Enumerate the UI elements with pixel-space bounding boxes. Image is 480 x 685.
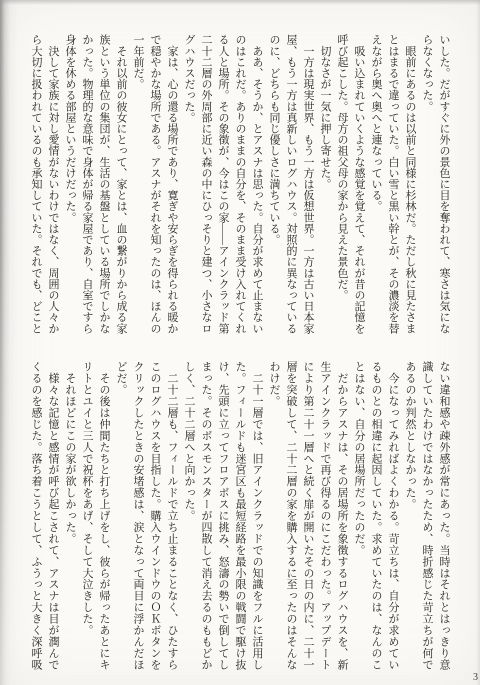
text-line: 呼び起こした。母方の祖父母の家から見えた景色だ。 [333, 34, 350, 333]
text-line: わけだ。 [265, 361, 282, 672]
text-line: とはまるで違っていた。白い雪と黒い幹とが、その濃淡を替 [384, 34, 401, 333]
text-line: ない違和感や疎外感が常にあった。当時はそれとはっきり意 [435, 361, 452, 672]
text-line: のはこれだ。ありのままの自分を、そのまま受け入れてくれ [231, 34, 248, 333]
vertical-text-block-lower: ない違和感や疎外感が常にあった。当時はそれとはっきり意識していたわけではなかった… [27, 361, 452, 672]
text-line: 一方は現実世界、もう一方は仮想世界。一方は古い日本家 [299, 34, 316, 333]
text-line: それ以前の彼女にとって、家とは、血の繋がりから成る家 [112, 34, 129, 333]
text-line: とはない、自分の居場所だったのだ。 [350, 361, 367, 672]
text-line: 切なさが一気に押し寄せた。 [316, 34, 333, 333]
text-line: グハウスだった。 [180, 34, 197, 333]
vertical-text-block-upper: いした。だがすぐに外の景色に目を奪われて、寒さは気にならなくなった。 眼前にある… [27, 34, 452, 333]
text-line: その後は仲間たちと打ち上げをし、彼らが帰ったあとにキ [95, 361, 112, 672]
text-line: 決して家族に対し愛情がないわけではなく、周囲の人々か [44, 34, 61, 333]
text-line: 二十二層も、フィールドで立ち止まることなく、ひたすら [163, 361, 180, 672]
text-line: らなくなった。 [418, 34, 435, 333]
text-line: それほどにこの家が欲しかった。 [61, 361, 78, 672]
text-line: た。フィールドも迷宮区も最短経路を最小限の戦闘で駆け抜 [231, 361, 248, 672]
text-line: 眼前にあるのは以前と同様に杉林だ。ただし秋に見たさま [401, 34, 418, 333]
text-line: 身体を休める部屋というだけだった。 [61, 34, 78, 333]
text-line: クリックしたときの安堵感は、涙となって両目に浮かんだほ [129, 361, 146, 672]
text-line: ら大切に扱われているのも承知していた。それでも、どこと [27, 34, 44, 333]
text-line: 屋、もう一方は真新しいログハウス。対照的に異なっている [282, 34, 299, 333]
text-line: け、先頭に立ってフロアボスに挑み、怒濤の勢いで倒してし [214, 361, 231, 672]
text-line: かった。物理的な意味で身体が帰る家屋であり、自室ですら [78, 34, 95, 333]
text-line: だからアスナは、その居場所を象徴するログハウスを、新 [333, 361, 350, 672]
text-line: このログハウスを目指した。購入ウインドウのＯＫボタンを [146, 361, 163, 672]
text-line: くるのを感じた。落ち着こうとして、ふうっと大きく深呼吸 [27, 361, 44, 672]
text-line: る人と場所。その象徴が、今はこの家――アインクラッド第 [214, 34, 231, 333]
text-line: 家は、心の還る場所であり、寛ぎや安らぎを得られる暖か [163, 34, 180, 333]
text-line: どだ。 [112, 361, 129, 672]
text-line: るものとの相違に起因していた。求めていたのは、なんのこ [367, 361, 384, 672]
text-line: のに、どちらも同じ優しさに満ちている。 [265, 34, 282, 333]
text-line: 識していたわけではなかったため、時折感じた苛立ちが何で [418, 361, 435, 672]
text-line: 層を突破して、二十二層の家を購入するに至ったのはそんな [282, 361, 299, 672]
text-line: で穏やかな場所である。アスナがそれを知ったのは、ほんの [146, 34, 163, 333]
text-line: により第二十一層へと続く扉が開いたその日の内に、二十一 [299, 361, 316, 672]
text-line: 様々な記憶と感情が呼び起こされて、アスナは目が潤んで [44, 361, 61, 672]
left-gutter-shadow [0, 0, 18, 685]
book-page: いした。だがすぐに外の景色に目を奪われて、寒さは気にならなくなった。 眼前にある… [0, 0, 480, 685]
text-line: えながら奥へ奥へと連なっている。 [367, 34, 384, 333]
text-line: 一年前だ。 [129, 34, 146, 333]
text-line: しく、二十二層へと向かった。 [180, 361, 197, 672]
text-line: いした。だがすぐに外の景色に目を奪われて、寒さは気にな [435, 34, 452, 333]
right-edge-shadow [476, 0, 480, 685]
text-line: 吸い込まれていくような感覚を覚えて、それが昔の記憶を [350, 34, 367, 333]
text-line: 生アインクラッドで再び得るのにこだわった。アップデート [316, 361, 333, 672]
text-line: あるのか判然としなかった。 [401, 361, 418, 672]
text-line: ああ、そうか、とアスナは思った。自分が求めて止まない [248, 34, 265, 333]
top-edge-shadow [0, 0, 480, 5]
page-number: 3 [473, 673, 478, 683]
text-line: 族という単位の集団が、生活の基盤としている場所でしかな [95, 34, 112, 333]
text-line: リトとユイと三人で祝杯をあげ、そして大泣きした。 [78, 361, 95, 672]
text-line: 二十二層の外周部に近い森の中にひっそりと建つ、小さなロ [197, 34, 214, 333]
text-line: 今になってみればよくわかる。苛立ちは、自分が求めてい [384, 361, 401, 672]
text-line: まった。そのボスモンスターが四散して消え去るのももどか [197, 361, 214, 672]
text-line: 二十一層では、旧アインクラッドでの知識をフルに活用し [248, 361, 265, 672]
